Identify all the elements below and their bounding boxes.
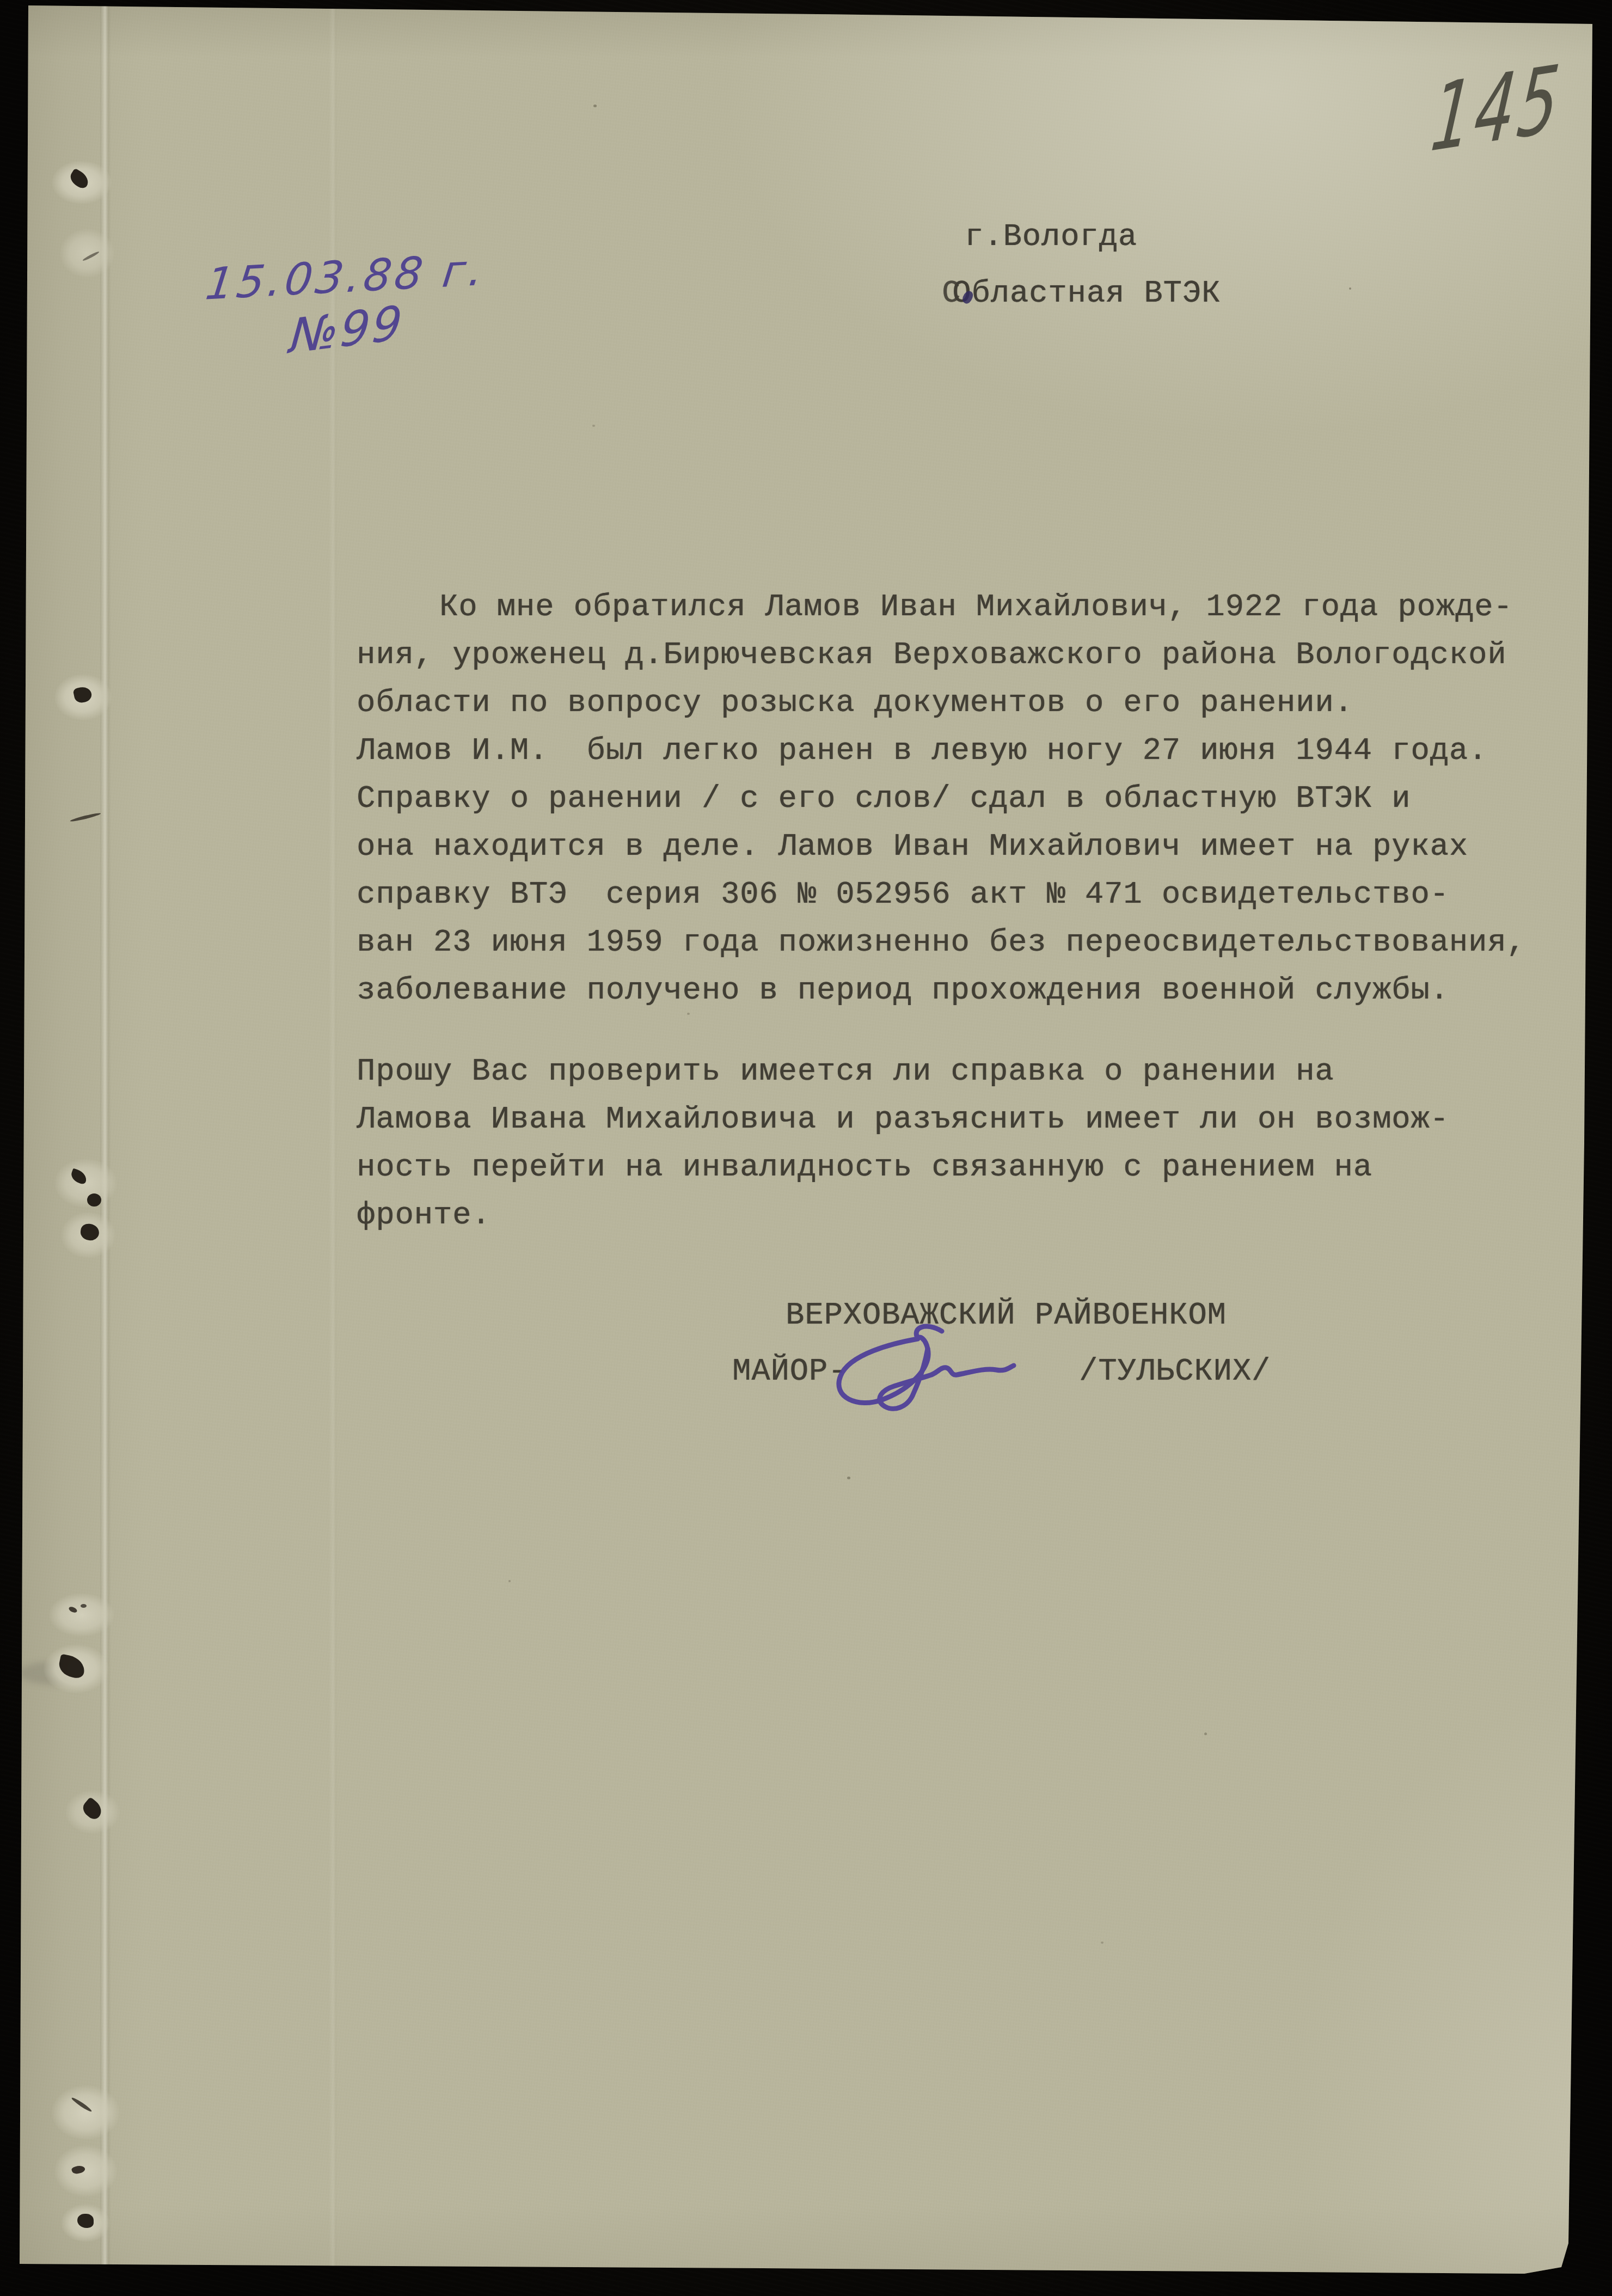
recipient-organization: СОбластная ВТЭК [942,279,1221,310]
typed-line: ность перейти на инвалидность связанную … [357,1144,1449,1192]
letter-paragraph-1: Ко мне обратился Ламов Иван Михайлович, … [357,584,1526,1015]
handwritten-doc-number: №99 [287,295,406,365]
recipient-city: г.Вологда [965,222,1137,253]
paper-speck [1349,287,1351,290]
scan-background: { "scan": { "page_number": "145" }, "reg… [0,0,1612,2296]
paper-speck [1204,1732,1207,1735]
paper-speck [687,1013,690,1015]
typed-line: ван 23 июня 1959 года пожизненно без пер… [357,919,1526,967]
signature-surname: /ТУЛЬСКИХ/ [1079,1357,1271,1388]
typed-line: она находится в деле. Ламов Иван Михайло… [357,823,1526,871]
paper-speck [508,1580,511,1582]
typed-line: Ламова Ивана Михайловича и разъяснить им… [357,1096,1449,1144]
typed-line: Прошу Вас проверить имеется ли справка о… [357,1048,1449,1096]
typed-line: справку ВТЭ серия 306 № 052956 акт № 471… [357,871,1526,919]
paper-speck [592,425,595,427]
handwritten-date: 15.03.88 г. [203,244,489,310]
overstruck-letter: С [942,279,961,310]
typed-line: области по вопросу розыска документов о … [357,679,1526,727]
paper-speck [847,1477,850,1479]
paper-speck [1101,1942,1104,1944]
paper-sheet: 145 15.03.88 г. №99 г.Вологда СОбластная… [0,0,1612,2296]
typed-line: Ко мне обратился Ламов Иван Михайлович, … [357,584,1526,632]
typed-line: Ламов И.М. был легко ранен в левую ногу … [357,727,1526,775]
signature-ink-stroke [811,1315,1040,1440]
typed-line: Справку о ранении / с его слов/ сдал в о… [357,775,1526,823]
typed-line: заболевание получено в период прохождени… [357,967,1526,1015]
fold-crease [100,0,111,2296]
typed-line: ния, уроженец д.Бирючевская Верховажског… [357,632,1526,679]
paper-speck [593,105,597,107]
recipient-organization-label: Областная ВТЭК [952,277,1221,311]
letter-paragraph-2: Прошу Вас проверить имеется ли справка о… [357,1048,1449,1240]
typed-line: фронте. [357,1192,1449,1240]
handwritten-page-number: 145 [1427,44,1566,173]
